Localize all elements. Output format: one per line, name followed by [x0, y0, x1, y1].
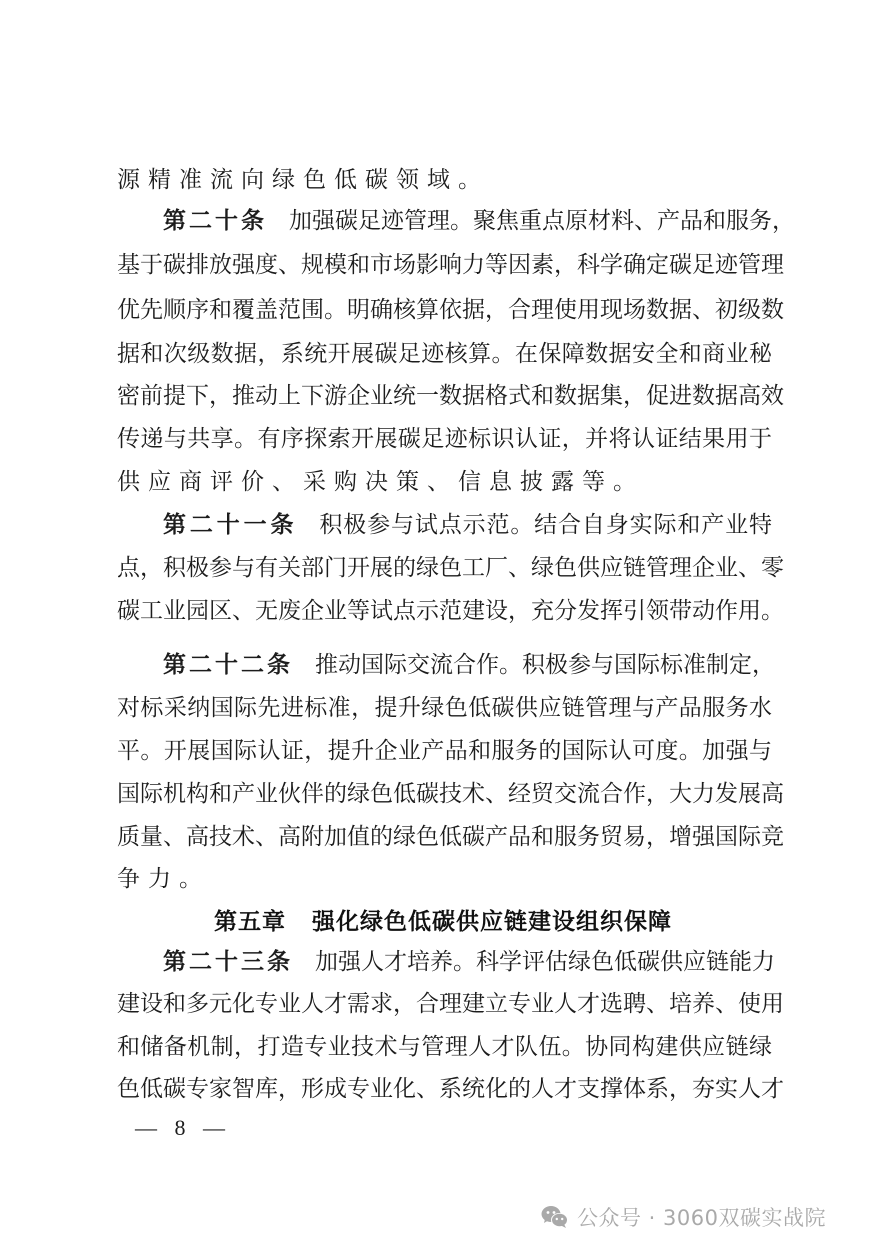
chapter-heading: 第五章强化绿色低碳供应链建设组织保障 [0, 907, 886, 937]
chapter-number: 第五章 [214, 909, 286, 935]
wechat-icon [541, 1204, 569, 1230]
text-line: 和储备机制，打造专业技术与管理人才队伍。协同构建供应链绿 [117, 1032, 772, 1062]
document-page: 源精准流向绿色低碳领域。 第二十条加强碳足迹管理。聚焦重点原材料、产品和服务， … [0, 0, 886, 1252]
article-number: 第二十二条 [163, 651, 293, 678]
text-line: 优先顺序和覆盖范围。明确核算依据，合理使用现场数据、初级数 [117, 295, 772, 325]
text-line: 点，积极参与有关部门开展的绿色工厂、绿色供应链管理企业、零 [117, 553, 772, 583]
article-number: 第二十三条 [163, 948, 293, 975]
text-line: 供应商评价、采购决策、信息披露等。 [117, 467, 772, 497]
chapter-title: 强化绿色低碳供应链建设组织保障 [312, 909, 672, 935]
article-text: 推动国际交流合作。积极参与国际标准制定， [315, 652, 775, 678]
watermark: 公众号 · 3060双碳实战院 [541, 1200, 826, 1234]
text-line: 对标采纳国际先进标准，提升绿色低碳供应链管理与产品服务水 [117, 693, 772, 723]
article-text: 加强碳足迹管理。聚焦重点原材料、产品和服务， [289, 208, 795, 234]
article-20-first-line: 第二十条加强碳足迹管理。聚焦重点原材料、产品和服务， [163, 206, 772, 236]
text-line: 国际机构和产业伙伴的绿色低碳技术、经贸交流合作，大力发展高 [117, 779, 772, 809]
text-line: 基于碳排放强度、规模和市场影响力等因素，科学确定碳足迹管理 [117, 250, 772, 280]
article-23-first-line: 第二十三条加强人才培养。科学评估绿色低碳供应链能力 [163, 947, 772, 977]
article-21-first-line: 第二十一条积极参与试点示范。结合自身实际和产业特 [163, 510, 772, 540]
text-line: 密前提下，推动上下游企业统一数据格式和数据集，促进数据高效 [117, 381, 772, 411]
text-line: 据和次级数据，系统开展碳足迹核算。在保障数据安全和商业秘 [117, 339, 772, 369]
text-line: 碳工业园区、无废企业等试点示范建设，充分发挥引领带动作用。 [117, 596, 772, 626]
article-number: 第二十条 [163, 207, 267, 234]
page-number: — 8 — [135, 1113, 231, 1143]
text-line: 争力。 [117, 864, 772, 894]
text-line: 质量、高技术、高附加值的绿色低碳产品和服务贸易，增强国际竞 [117, 822, 772, 852]
text-line: 平。开展国际认证，提升企业产品和服务的国际认可度。加强与 [117, 736, 772, 766]
text-line: 建设和多元化专业人才需求，合理建立专业人才选聘、培养、使用 [117, 989, 772, 1019]
article-22-first-line: 第二十二条推动国际交流合作。积极参与国际标准制定， [163, 650, 772, 680]
watermark-text: 公众号 · 3060双碳实战院 [577, 1202, 826, 1232]
article-text: 积极参与试点示范。结合自身实际和产业特 [319, 512, 772, 538]
text-line: 源精准流向绿色低碳领域。 [117, 165, 772, 195]
text-line: 传递与共享。有序探索开展碳足迹标识认证，并将认证结果用于 [117, 424, 772, 454]
article-text: 加强人才培养。科学评估绿色低碳供应链能力 [315, 949, 775, 975]
article-number: 第二十一条 [163, 511, 297, 538]
text-line: 色低碳专家智库，形成专业化、系统化的人才支撑体系，夯实人才 [117, 1074, 772, 1104]
